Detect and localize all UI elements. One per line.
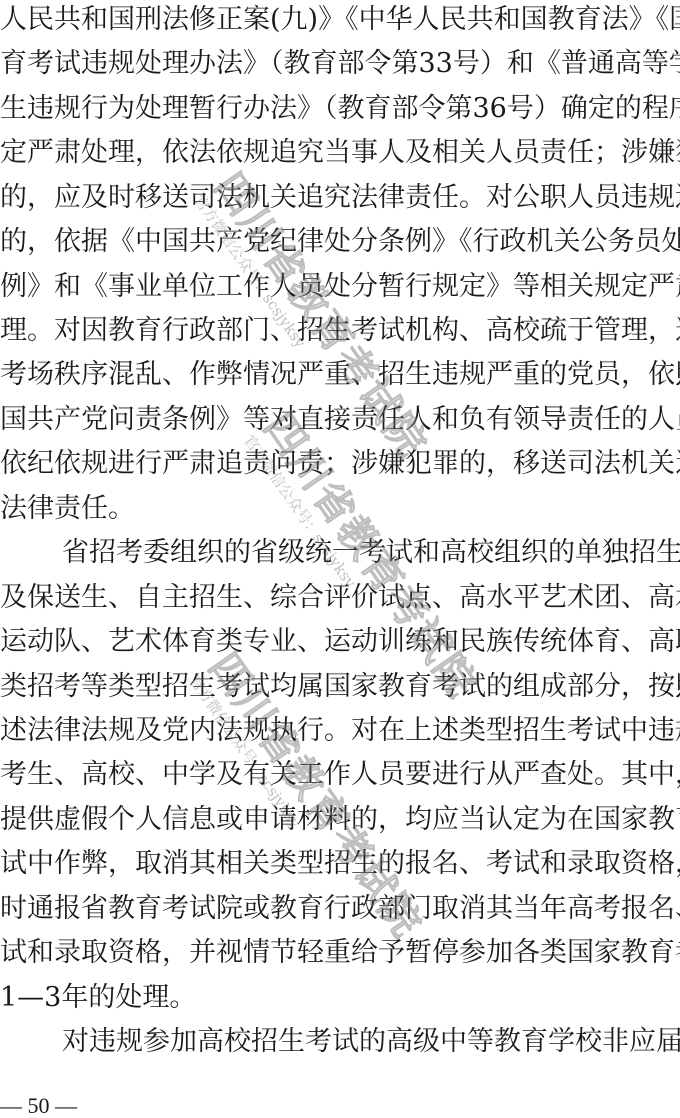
text-line: 人民共和国刑法修正案(九)》《中华人民共和国教育法》《国家教 [0, 0, 680, 40]
text-line: 述法律法规及党内法规执行。对在上述类型招生考试中违规的 [0, 711, 680, 751]
text-line: 运动队、艺术体育类专业、运动训练和民族传统体育、高职分 [0, 622, 680, 662]
text-line: 的，依据《中国共产党纪律处分条例》《行政机关公务员处分条 [0, 222, 680, 262]
text-line: 试和录取资格，并视情节轻重给予暂停参加各类国家教育考试 [0, 933, 680, 973]
text-line: 及保送生、自主招生、综合评价试点、高水平艺术团、高水平 [0, 578, 680, 618]
text-line: 的，应及时移送司法机关追究法律责任。对公职人员违规违纪 [0, 178, 680, 218]
text-line: 提供虚假个人信息或申请材料的，均应当认定为在国家教育考 [0, 800, 680, 840]
text-line: 例》和《事业单位工作人员处分暂行规定》等相关规定严肃处 [0, 267, 680, 307]
document-page: 人民共和国刑法修正案(九)》《中华人民共和国教育法》《国家教 育考试违规处理办法… [0, 0, 680, 1118]
text-line: 生违规行为处理暂行办法》（教育部令第36号）确定的程序和规 [0, 89, 680, 129]
text-line: 法律责任。 [0, 489, 680, 529]
text-line: 国共产党问责条例》等对直接责任人和负有领导责任的人员， [0, 400, 680, 440]
text-line: 考生、高校、中学及有关工作人员要进行从严查处。其中，凡 [0, 755, 680, 795]
text-line: 1—3年的处理。 [0, 978, 680, 1018]
text-line: 依纪依规进行严肃追责问责；涉嫌犯罪的，移送司法机关追究 [0, 444, 680, 484]
text-line: 时通报省教育考试院或教育行政部门取消其当年高考报名、考 [0, 889, 680, 929]
text-line: 理。对因教育行政部门、招生考试机构、高校疏于管理，造成 [0, 311, 680, 351]
text-line: 类招考等类型招生考试均属国家教育考试的组成部分，按照上 [0, 667, 680, 707]
page-number: — 50 — [0, 1094, 77, 1118]
text-line: 试中作弊，取消其相关类型招生的报名、考试和录取资格，同 [0, 844, 680, 884]
paragraph-start-line: 省招考委组织的省级统一考试和高校组织的单独招生考试 [0, 533, 680, 573]
paragraph-start-line: 对违规参加高校招生考试的高级中等教育学校非应届毕业 [0, 1022, 680, 1062]
text-line: 定严肃处理，依法依规追究当事人及相关人员责任；涉嫌犯罪 [0, 133, 680, 173]
text-line: 考场秩序混乱、作弊情况严重、招生违规严重的党员，依照《中 [0, 355, 680, 395]
text-line: 育考试违规处理办法》（教育部令第33号）和《普通高等学校招 [0, 44, 680, 84]
